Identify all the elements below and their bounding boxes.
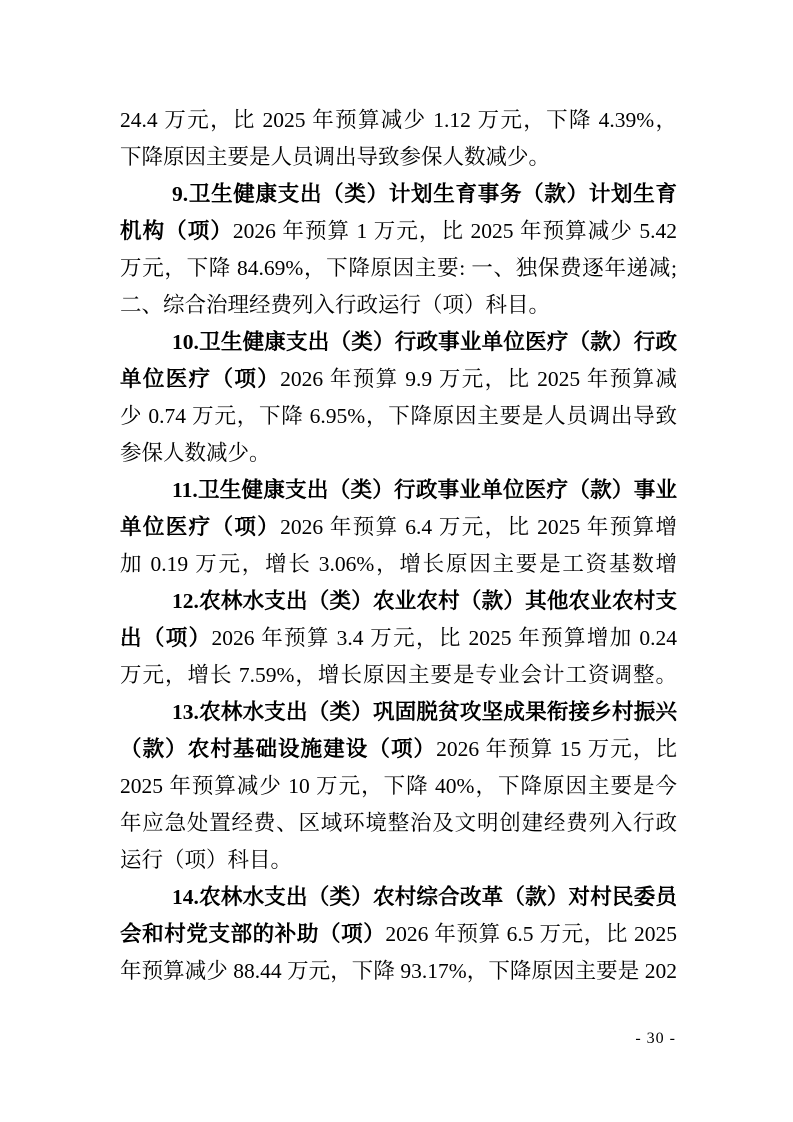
text-line: 出（项）2026 年预算 3.4 万元，比 2025 年预算增加 0.24	[120, 620, 677, 657]
text-line: 12.农林水支出（类）农业农村（款）其他农业农村支	[120, 583, 677, 620]
body-text: 24.4 万元，比 2025 年预算减少 1.12 万元，下降 4.39%，	[120, 108, 677, 132]
text-line: 二、综合治理经费列入行政运行（项）科目。	[120, 287, 677, 324]
paragraph: 10.卫生健康支出（类）行政事业单位医疗（款）行政单位医疗（项）2026 年预算…	[120, 324, 677, 472]
text-line: 加 0.19 万元，增长 3.06%，增长原因主要是工资基数增长。	[120, 546, 677, 583]
text-line: 11.卫生健康支出（类）行政事业单位医疗（款）事业	[120, 472, 677, 509]
text-line: 2025 年预算减少 10 万元，下降 40%，下降原因主要是今	[120, 768, 677, 805]
bold-heading-text: 9.卫生健康支出（类）计划生育事务（款）计划生育	[172, 182, 677, 206]
body-text: 2026 年预算 6.4 万元，比 2025 年预算增	[280, 515, 677, 539]
text-line: 13.农林水支出（类）巩固脱贫攻坚成果衔接乡村振兴	[120, 694, 677, 731]
paragraph: 11.卫生健康支出（类）行政事业单位医疗（款）事业单位医疗（项）2026 年预算…	[120, 472, 677, 583]
text-line: 单位医疗（项）2026 年预算 6.4 万元，比 2025 年预算增	[120, 509, 677, 546]
bold-heading-text: 单位医疗（项）	[120, 367, 280, 391]
body-text: 2025 年预算减少 10 万元，下降 40%，下降原因主要是今	[120, 774, 677, 798]
text-line: 年预算减少 88.44 万元，下降 93.17%，下降原因主要是 2026	[120, 953, 677, 990]
document-page: 24.4 万元，比 2025 年预算减少 1.12 万元，下降 4.39%，下降…	[0, 0, 793, 1122]
bold-heading-text: 14.农林水支出（类）农村综合改革（款）对村民委员	[172, 885, 677, 909]
body-text: 万元，增长 7.59%，增长原因主要是专业会计工资调整。	[120, 663, 677, 687]
body-text: 运行（项）科目。	[120, 848, 292, 872]
body-text: 参保人数减少。	[120, 441, 271, 465]
text-line: 参保人数减少。	[120, 435, 677, 472]
body-text: 二、综合治理经费列入行政运行（项）科目。	[120, 293, 550, 317]
paragraph: 24.4 万元，比 2025 年预算减少 1.12 万元，下降 4.39%，下降…	[120, 102, 677, 176]
page-number: - 30 -	[635, 1028, 676, 1050]
body-text: 2026 年预算 9.9 万元，比 2025 年预算减	[280, 367, 677, 391]
bold-heading-text: 机构（项）	[120, 219, 233, 243]
text-line: 运行（项）科目。	[120, 842, 677, 879]
body-text: 少 0.74 万元，下降 6.95%，下降原因主要是人员调出导致	[120, 404, 677, 428]
paragraph: 12.农林水支出（类）农业农村（款）其他农业农村支出（项）2026 年预算 3.…	[120, 583, 677, 694]
body-text: 加 0.19 万元，增长 3.06%，增长原因主要是工资基数增长。	[120, 552, 677, 583]
body-text: 下降原因主要是人员调出导致参保人数减少。	[120, 145, 550, 169]
bold-heading-text: （款）农村基础设施建设（项）	[120, 737, 436, 761]
body-text: 2026 年预算 15 万元，比	[436, 737, 677, 761]
text-line: 下降原因主要是人员调出导致参保人数减少。	[120, 139, 677, 176]
bold-heading-text: 11.卫生健康支出（类）行政事业单位医疗（款）事业	[172, 478, 677, 502]
bold-heading-text: 出（项）	[120, 626, 212, 650]
body-text: 2026 年预算 3.4 万元，比 2025 年预算增加 0.24	[212, 626, 677, 650]
bold-heading-text: 会和村党支部的补助（项）	[120, 922, 385, 946]
body-text: 万元，下降 84.69%，下降原因主要: 一、独保费逐年递减;	[120, 256, 677, 280]
paragraph: 13.农林水支出（类）巩固脱贫攻坚成果衔接乡村振兴（款）农村基础设施建设（项）2…	[120, 694, 677, 879]
text-line: 会和村党支部的补助（项）2026 年预算 6.5 万元，比 2025	[120, 916, 677, 953]
text-line: 少 0.74 万元，下降 6.95%，下降原因主要是人员调出导致	[120, 398, 677, 435]
bold-heading-text: 10.卫生健康支出（类）行政事业单位医疗（款）行政	[172, 330, 677, 354]
text-line: （款）农村基础设施建设（项）2026 年预算 15 万元，比	[120, 731, 677, 768]
text-line: 单位医疗（项）2026 年预算 9.9 万元，比 2025 年预算减	[120, 361, 677, 398]
text-line: 24.4 万元，比 2025 年预算减少 1.12 万元，下降 4.39%，	[120, 102, 677, 139]
body-text: 年预算减少 88.44 万元，下降 93.17%，下降原因主要是 2026	[120, 959, 677, 990]
body-text: 2026 年预算 6.5 万元，比 2025	[385, 922, 677, 946]
document-body: 24.4 万元，比 2025 年预算减少 1.12 万元，下降 4.39%，下降…	[120, 102, 677, 990]
text-line: 10.卫生健康支出（类）行政事业单位医疗（款）行政	[120, 324, 677, 361]
text-line: 年应急处置经费、区域环境整治及文明创建经费列入行政	[120, 805, 677, 842]
text-line: 机构（项）2026 年预算 1 万元，比 2025 年预算减少 5.42	[120, 213, 677, 250]
text-line: 9.卫生健康支出（类）计划生育事务（款）计划生育	[120, 176, 677, 213]
bold-heading-text: 13.农林水支出（类）巩固脱贫攻坚成果衔接乡村振兴	[172, 700, 677, 724]
text-line: 万元，增长 7.59%，增长原因主要是专业会计工资调整。	[120, 657, 677, 694]
text-line: 万元，下降 84.69%，下降原因主要: 一、独保费逐年递减;	[120, 250, 677, 287]
text-line: 14.农林水支出（类）农村综合改革（款）对村民委员	[120, 879, 677, 916]
body-text: 2026 年预算 1 万元，比 2025 年预算减少 5.42	[233, 219, 677, 243]
body-text: 年应急处置经费、区域环境整治及文明创建经费列入行政	[120, 811, 677, 835]
bold-heading-text: 单位医疗（项）	[120, 515, 280, 539]
paragraph: 9.卫生健康支出（类）计划生育事务（款）计划生育机构（项）2026 年预算 1 …	[120, 176, 677, 324]
paragraph: 14.农林水支出（类）农村综合改革（款）对村民委员会和村党支部的补助（项）202…	[120, 879, 677, 990]
bold-heading-text: 12.农林水支出（类）农业农村（款）其他农业农村支	[172, 589, 677, 613]
